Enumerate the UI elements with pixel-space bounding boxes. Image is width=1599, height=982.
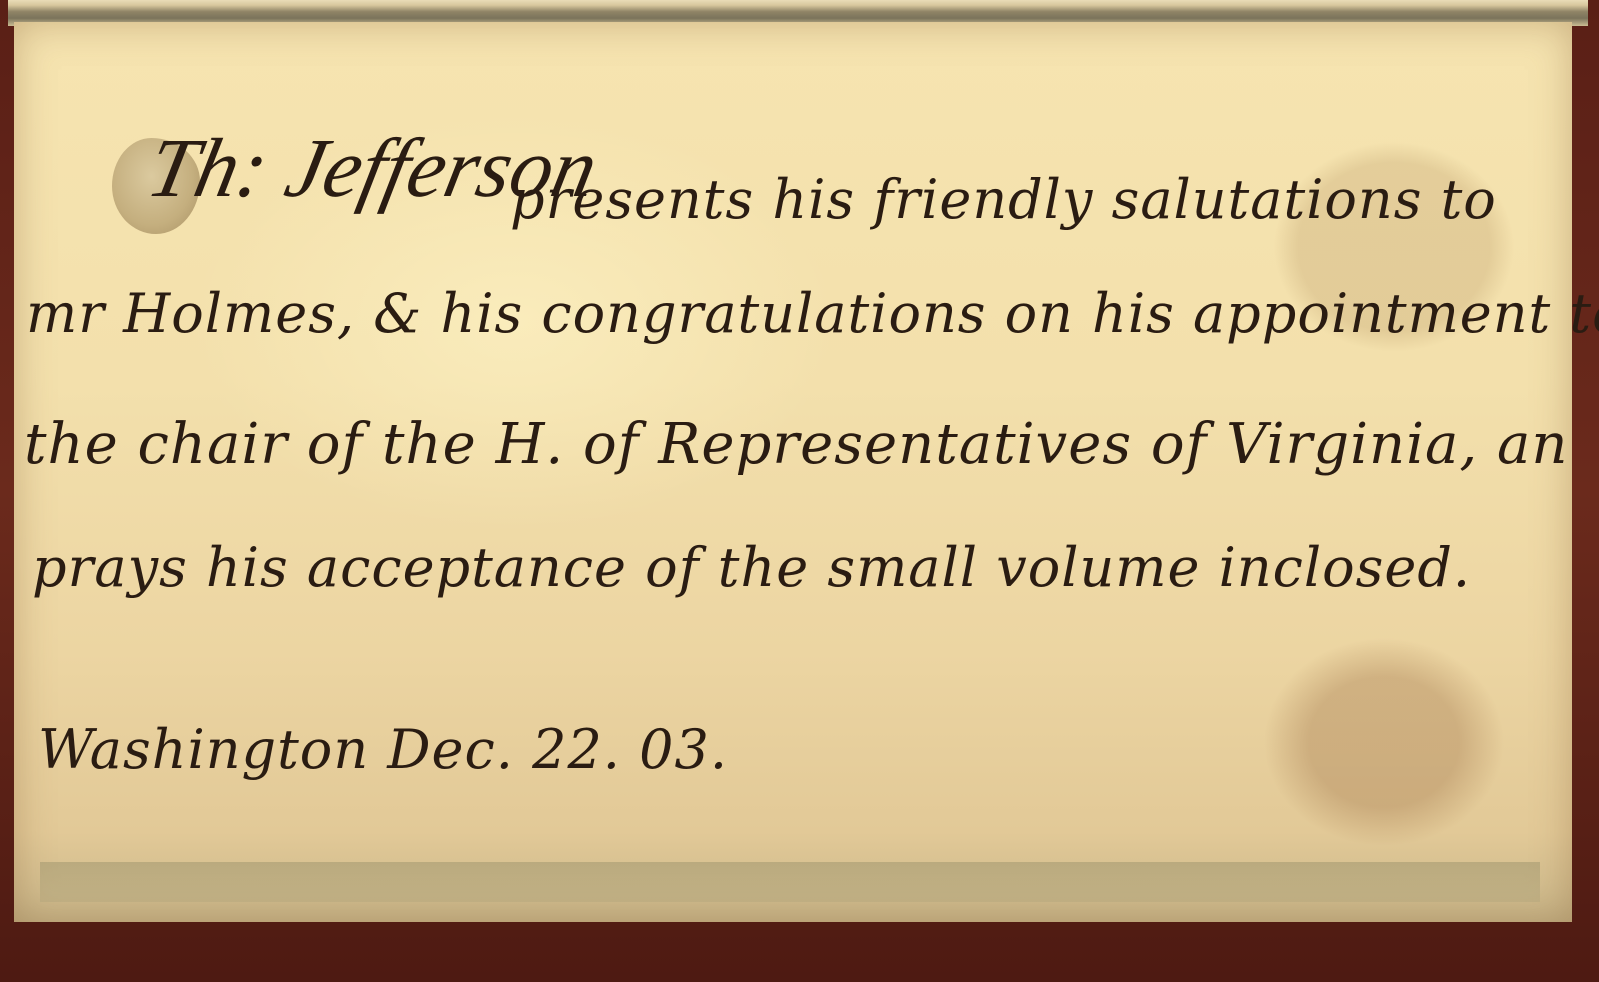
text-line-1: presents his friendly salutations to bbox=[510, 168, 1497, 231]
text-line-4: prays his acceptance of the small volume… bbox=[32, 536, 1471, 599]
text-line-3: the chair of the H. of Representatives o… bbox=[24, 412, 1568, 477]
dateline: Washington Dec. 22. 03. bbox=[38, 718, 728, 781]
paper-fold-band bbox=[40, 862, 1540, 902]
text-line-2: mr Holmes, & his congratulations on his … bbox=[26, 282, 1599, 345]
